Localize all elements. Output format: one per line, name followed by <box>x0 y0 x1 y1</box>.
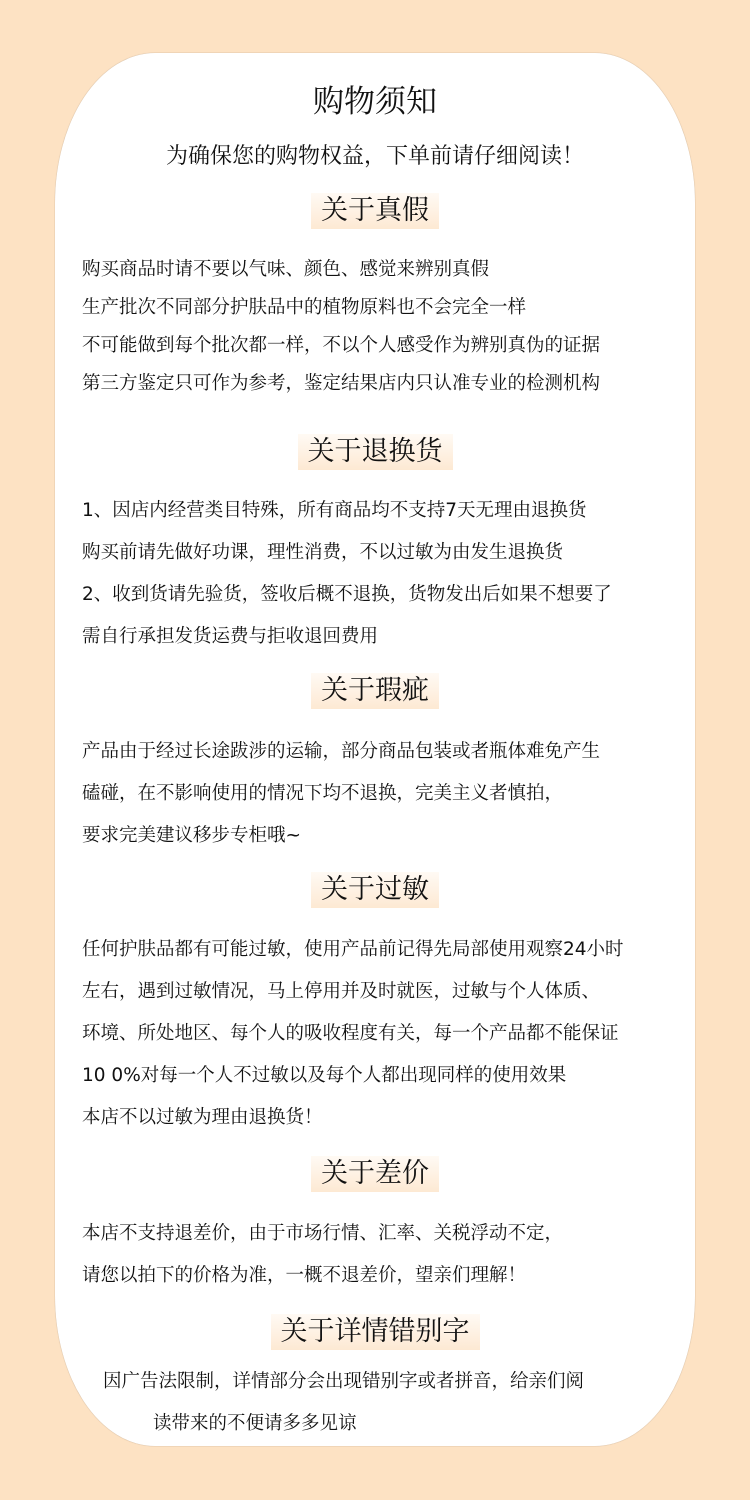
body-line: 1、因店内经营类目特殊，所有商品均不支持7天无理由退换货 <box>82 490 702 532</box>
body-line: 因广告法限制，详情部分会出现错别字或者拼音，给亲们阅 <box>103 1361 723 1403</box>
body-line: 购买商品时请不要以气味、颜色、感觉来辨别真假 <box>82 251 702 289</box>
section-body-returns: 1、因店内经营类目特殊，所有商品均不支持7天无理由退换货 购买前请先做好功课，理… <box>82 490 702 658</box>
body-line: 生产批次不同部分护肤品中的植物原料也不会完全一样 <box>82 289 702 327</box>
body-line: 环境、所处地区、每个人的吸收程度有关，每一个产品都不能保证 <box>82 1013 702 1055</box>
section-heading-typos: 关于详情错别字 <box>0 1314 750 1350</box>
section-body-price-difference: 本店不支持退差价，由于市场行情、汇率、关税浮动不定， 请您以拍下的价格为准，一概… <box>82 1213 702 1297</box>
body-line: 请您以拍下的价格为准，一概不退差价，望亲们理解！ <box>82 1255 702 1297</box>
section-body-defects: 产品由于经过长途跋涉的运输，部分商品包装或者瓶体难免产生 磕碰，在不影响使用的情… <box>82 731 702 857</box>
section-heading-defects: 关于瑕疵 <box>0 673 750 709</box>
body-line: 读带来的不便请多多见谅 <box>103 1403 723 1445</box>
section-heading-authenticity: 关于真假 <box>0 193 750 229</box>
page-title: 购物须知 <box>0 80 750 124</box>
section-body-allergies: 任何护肤品都有可能过敏，使用产品前记得先局部使用观察24小时 左右，遇到过敏情况… <box>82 929 702 1139</box>
body-line: 本店不以过敏为理由退换货！ <box>82 1097 702 1139</box>
body-line: 左右，遇到过敏情况，马上停用并及时就医，过敏与个人体质、 <box>82 971 702 1013</box>
section-heading-returns: 关于退换货 <box>0 434 750 470</box>
page-subtitle: 为确保您的购物权益，下单前请仔细阅读！ <box>0 140 750 174</box>
body-line: 需自行承担发货运费与拒收退回费用 <box>82 616 702 658</box>
section-heading-allergies: 关于过敏 <box>0 872 750 908</box>
body-line: 2、收到货请先验货，签收后概不退换，货物发出后如果不想要了 <box>82 574 702 616</box>
body-line: 10 0%对每一个人不过敏以及每个人都出现同样的使用效果 <box>82 1055 702 1097</box>
body-line: 要求完美建议移步专柜哦~ <box>82 815 702 857</box>
body-line: 购买前请先做好功课，理性消费，不以过敏为由发生退换货 <box>82 532 702 574</box>
body-line: 本店不支持退差价，由于市场行情、汇率、关税浮动不定， <box>82 1213 702 1255</box>
section-heading-price-difference: 关于差价 <box>0 1156 750 1192</box>
body-line: 磕碰，在不影响使用的情况下均不退换，完美主义者慎拍， <box>82 773 702 815</box>
body-line: 不可能做到每个批次都一样，不以个人感受作为辨别真伪的证据 <box>82 327 702 365</box>
body-line: 第三方鉴定只可作为参考，鉴定结果店内只认准专业的检测机构 <box>82 365 702 403</box>
section-body-typos: 因广告法限制，详情部分会出现错别字或者拼音，给亲们阅 读带来的不便请多多见谅 <box>103 1361 723 1445</box>
section-body-authenticity: 购买商品时请不要以气味、颜色、感觉来辨别真假 生产批次不同部分护肤品中的植物原料… <box>82 251 702 403</box>
body-line: 产品由于经过长途跋涉的运输，部分商品包装或者瓶体难免产生 <box>82 731 702 773</box>
body-line: 任何护肤品都有可能过敏，使用产品前记得先局部使用观察24小时 <box>82 929 702 971</box>
